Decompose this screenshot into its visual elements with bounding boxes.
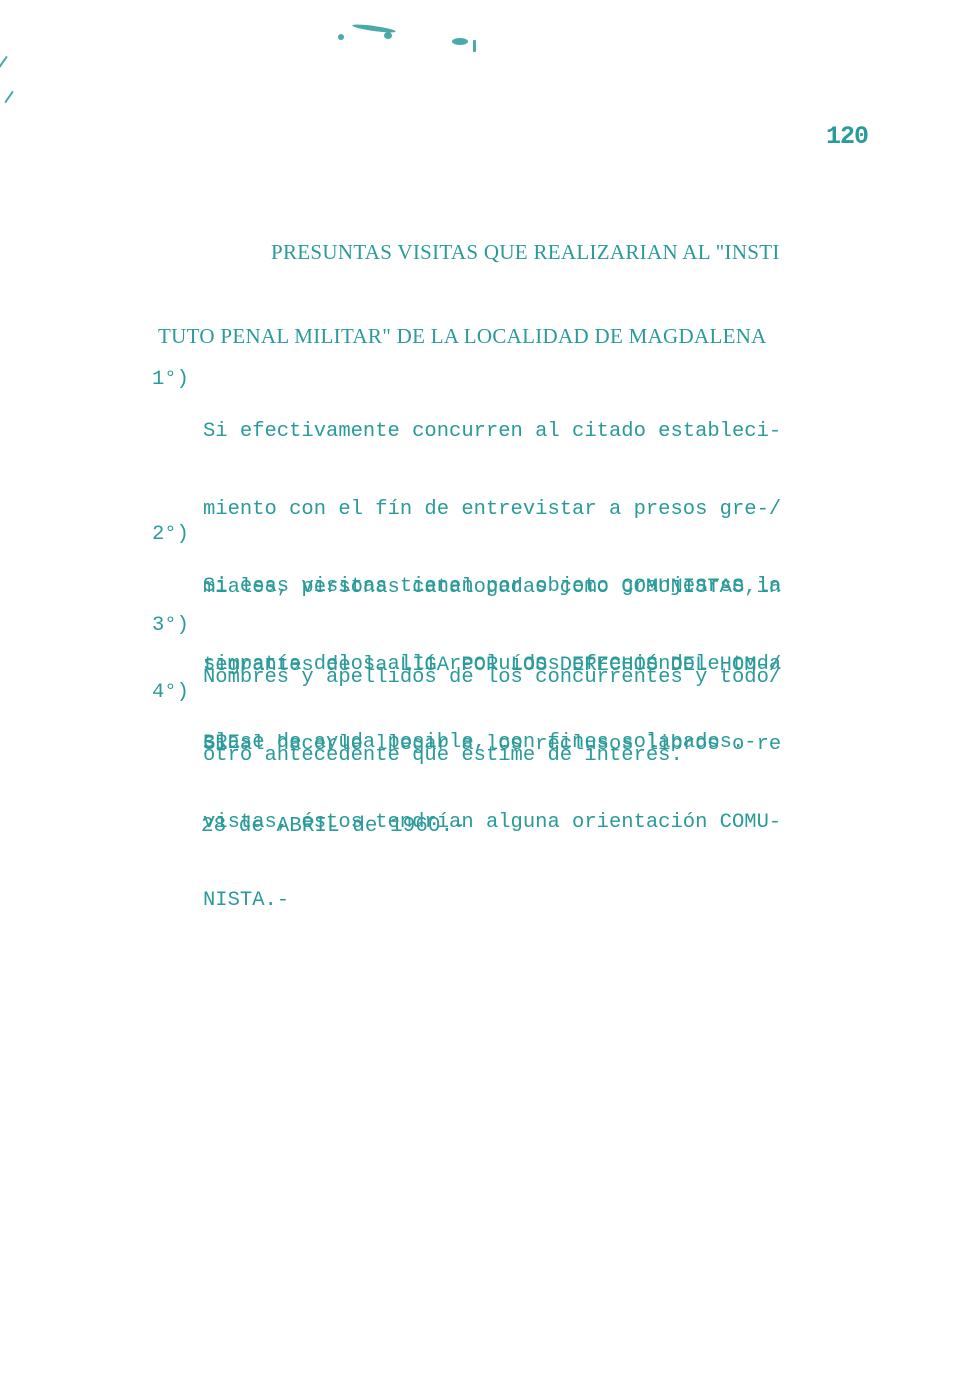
ink-smudge <box>384 32 392 39</box>
item-number: 1°) <box>152 367 204 393</box>
ink-smudge <box>4 91 14 104</box>
title-line-1: PRESUNTAS VISITAS QUE REALIZARIAN AL "IN… <box>158 238 780 266</box>
item-line: Si al hacerle llegar a los reclusos libr… <box>203 732 781 758</box>
page-number: 120 <box>826 122 868 151</box>
item-line: NISTA.- <box>203 888 781 914</box>
ink-smudge <box>452 38 468 45</box>
item-number: 3°) <box>152 613 204 639</box>
ink-smudge <box>338 34 344 40</box>
document-date: 28 de ABRIL de 1960.- <box>201 815 466 838</box>
document-page: 120 PRESUNTAS VISITAS QUE REALIZARIAN AL… <box>0 0 969 1373</box>
ink-smudge <box>0 56 8 69</box>
ink-smudge <box>473 40 476 52</box>
item-number: 2°) <box>152 522 204 548</box>
item-number: 4°) <box>152 680 204 706</box>
title-line-2: TUTO PENAL MILITAR" DE LA LOCALIDAD DE M… <box>158 322 780 350</box>
item-line: Si esas visitas tienen por objeto granje… <box>203 574 781 600</box>
item-line: miento con el fín de entrevistar a preso… <box>203 497 781 523</box>
item-line: Si efectivamente concurren al citado est… <box>203 419 781 445</box>
